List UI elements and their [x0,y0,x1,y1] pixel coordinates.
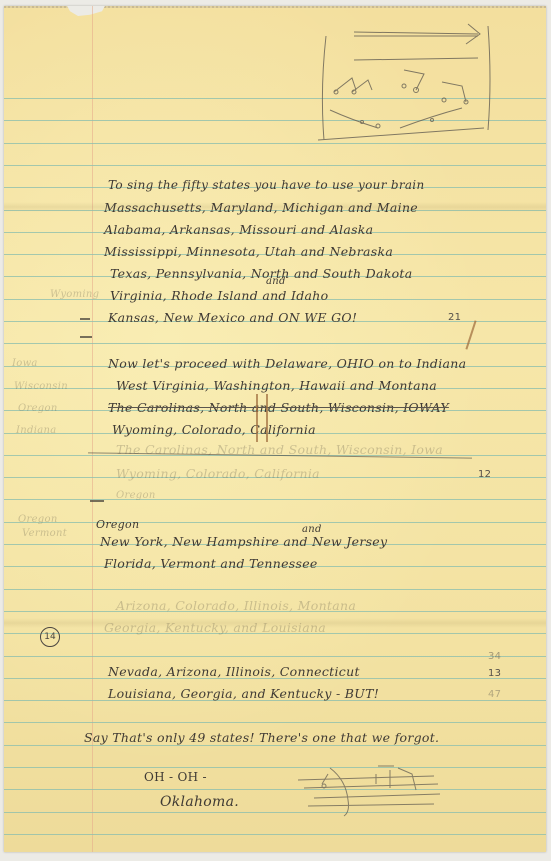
erased-line: Arizona, Colorado, Illinois, Montana [116,598,356,613]
lyric-line: Mississippi, Minnesota, Utah and Nebrask… [104,244,393,259]
erased-line: Wyoming, Colorado, California [116,466,320,481]
lyric-line: Say That's only 49 states! There's one t… [84,730,439,745]
lyric-line: Oregon [96,518,139,531]
lyric-line: West Virginia, Washington, Hawaii and Mo… [116,378,437,393]
margin-note: Oregon [18,514,58,525]
ruled-line [4,499,546,500]
dash-mark [80,318,90,320]
erased-line: Georgia, Kentucky, and Louisiana [104,620,326,635]
margin-note: Wisconsin [14,381,68,392]
margin-note: Wyoming [50,289,99,300]
ink-stroke [256,394,258,442]
music-notation-sketch-icon [312,20,502,150]
line-count: 12 [478,469,491,480]
line-count: 13 [488,668,501,679]
lyric-line: Louisiana, Georgia, and Kentucky - BUT! [108,686,379,701]
ruled-line [4,812,546,813]
dash-mark [90,500,104,502]
ruled-line [4,767,546,768]
ruled-line [4,522,546,523]
circled-page-number: 14 [40,627,60,647]
lyric-line: Alabama, Arkansas, Missouri and Alaska [104,222,373,237]
line-count: 47 [488,689,501,700]
lyric-line: Kansas, New Mexico and ON WE GO! [108,310,357,325]
lyric-line: Texas, Pennsylvania, North and South Dak… [110,266,413,281]
lyric-line: Nevada, Arizona, Illinois, Connecticut [108,664,360,679]
lyric-line: Now let's proceed with Delaware, OHIO on… [108,356,466,371]
lyric-line: The Carolinas, North and South, Wisconsi… [108,400,449,415]
legal-pad-page: Wyoming Iowa Wisconsin Oregon Indiana Or… [4,6,546,852]
margin-note: Indiana [16,425,56,436]
chant-line: OH - OH - [144,770,207,784]
music-notation-sketch-icon [294,760,444,820]
line-count: 34 [488,651,501,662]
lyric-line: New York, New Hampshire and New Jersey [100,534,387,549]
ruled-line [4,745,546,746]
erased-line: Oregon [116,490,156,501]
lyric-line: Massachusetts, Maryland, Michigan and Ma… [104,200,418,215]
lyric-line: To sing the fifty states you have to use… [108,178,424,192]
ruled-line [4,789,546,790]
lyric-line: Florida, Vermont and Tennessee [104,556,318,571]
ink-stroke [266,394,268,442]
ruled-line [4,722,546,723]
dash-mark [80,336,92,338]
margin-note: Iowa [12,358,38,369]
margin-rule [92,6,93,852]
ruled-line [4,834,546,835]
line-count: 21 [448,312,461,323]
margin-note: Oregon [18,403,58,414]
torn-corner [66,6,106,16]
ruled-line [4,165,546,166]
insertion-mark: and [266,276,286,287]
ruled-line [4,343,546,344]
lyric-line: Virginia, Rhode Island and Idaho [110,288,328,303]
ruled-line [4,656,546,657]
ink-stroke [465,320,476,349]
ruled-line [4,589,546,590]
margin-note: Vermont [22,528,67,539]
final-word: Oklahoma. [160,794,239,810]
insertion-mark: and [302,524,322,535]
lyric-line: Wyoming, Colorado, California [112,422,316,437]
